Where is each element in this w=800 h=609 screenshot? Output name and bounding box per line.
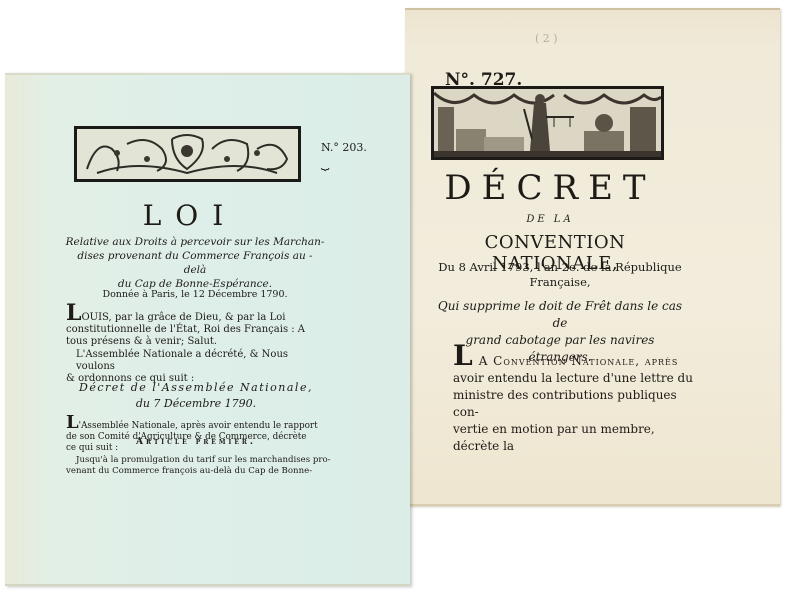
drop-cap: L bbox=[66, 300, 81, 326]
article-line: venant du Commerce françois au-delà du C… bbox=[66, 466, 332, 477]
body-line: vertie en motion par un membre, décrète … bbox=[453, 421, 703, 455]
loi-title: LOI bbox=[65, 199, 315, 232]
drop-cap: L bbox=[66, 412, 79, 433]
decree-date: Du 8 Avril 1793, l'an 2e. de la Républiq… bbox=[435, 260, 685, 290]
article-heading: Article premier. bbox=[65, 437, 327, 447]
drop-cap: L bbox=[453, 339, 473, 372]
subtitle-line: dises provenant du Commerce François au … bbox=[65, 249, 325, 277]
decree-body: L'Assemblée Nationale, après avoir enten… bbox=[66, 415, 330, 454]
article-body: Jusqu'à la promulgation du tarif sur les… bbox=[66, 455, 332, 477]
royal-preamble: LOUIS, par la grâce de Dieu, & par la Lo… bbox=[66, 305, 328, 348]
decree-heading: Décret de l'Assemblée Nationale, bbox=[63, 381, 329, 394]
dateline: Donnée à Paris, le 12 Décembre 1790. bbox=[65, 289, 325, 300]
date-line: Française, bbox=[435, 275, 685, 290]
body-line: avoir entendu la lecture d'une lettre du bbox=[453, 370, 703, 387]
document-number: N.° 203. bbox=[321, 141, 367, 154]
assembly-statement: L'Assemblée Nationale a décrété, & Nous … bbox=[66, 349, 328, 385]
article-line: Jusqu'à la promulgation du tarif sur les… bbox=[66, 455, 332, 466]
loi-document-page: N.° 203. ⏟ LOI Relative aux Droits à per… bbox=[5, 73, 410, 586]
preamble-line: constitutionnelle de l'État, Roi des Fra… bbox=[66, 324, 328, 336]
decree-date: du 7 Décembre 1790. bbox=[63, 397, 329, 410]
subtitle-line: Relative aux Droits à percevoir sur les … bbox=[65, 235, 325, 249]
decree-line: 'Assemblée Nationale, après avoir entend… bbox=[79, 421, 318, 431]
brace-ornament: ⏟ bbox=[321, 155, 329, 171]
decret-title: DÉCRET bbox=[425, 168, 675, 208]
preamble-line: tous présens & à venir; Salut. bbox=[66, 336, 328, 348]
page-marker-bleedthrough: ( 2 ) bbox=[535, 32, 558, 45]
body-line: ministre des contributions publiques con… bbox=[453, 387, 703, 421]
decret-subtitle: DE LA bbox=[425, 214, 675, 225]
body-line: A Convention Nationale, après bbox=[479, 354, 679, 368]
subject-line: Qui supprime le doit de Frêt dans le cas… bbox=[435, 298, 685, 332]
decree-body: LA Convention Nationale, après avoir ent… bbox=[453, 348, 703, 455]
assembly-line: L'Assemblée Nationale a décrété, & Nous … bbox=[66, 349, 328, 373]
floral-woodcut-ornament bbox=[74, 126, 301, 182]
justice-woodcut-illustration bbox=[431, 86, 664, 160]
preamble-line: OUIS, par la grâce de Dieu, & par la Loi bbox=[81, 312, 285, 323]
loi-subtitle: Relative aux Droits à percevoir sur les … bbox=[65, 235, 325, 291]
decret-document-page: ( 2 ) N°. 727. DÉCRET DE LA CONVENTION N… bbox=[405, 8, 780, 506]
date-line: Du 8 Avril 1793, l'an 2e. de la Républiq… bbox=[435, 260, 685, 275]
